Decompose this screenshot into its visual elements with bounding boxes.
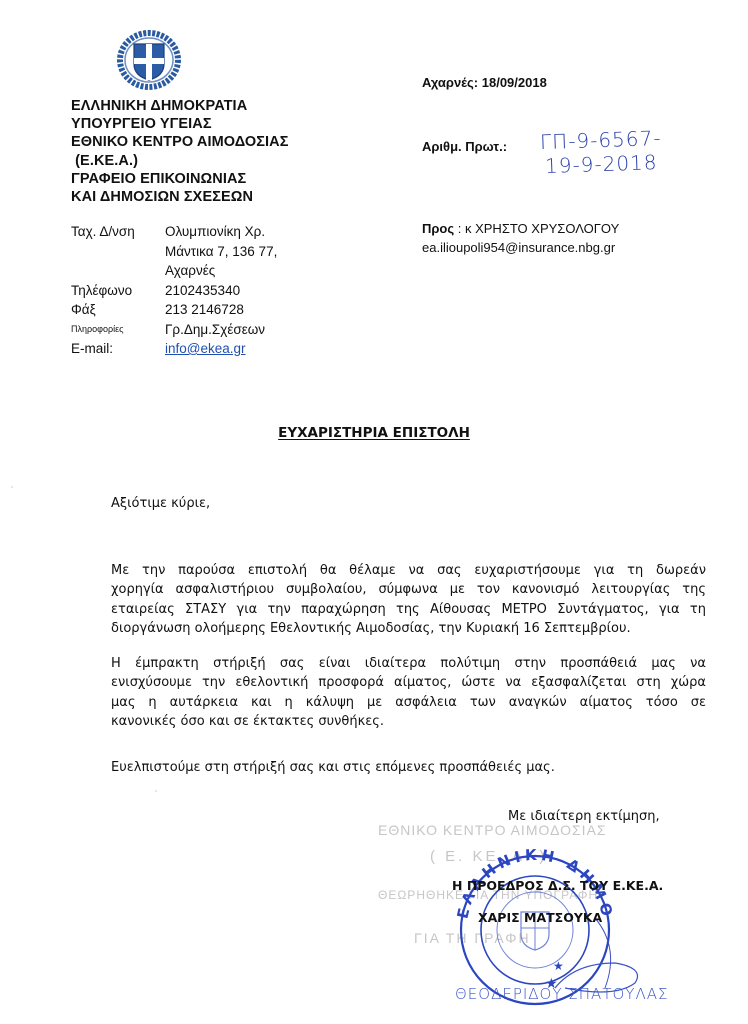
- scan-speck: [155, 790, 157, 792]
- text-line: χορηγία ασφαλιστήριου συμβολαίου, σύμφων…: [111, 580, 706, 599]
- text-line: Ευελπιστούμε στη στήριξή σας και στις επ…: [111, 758, 706, 777]
- svg-text:★: ★: [553, 959, 564, 973]
- recipient-block: Προς : κ ΧΡΗΣΤΟ ΧΡΥΣΟΛΟΓΟΥ ea.ilioupoli9…: [422, 219, 619, 257]
- text-line: εταιρείας ΣΤΑΣΥ για την παραχώρηση της Α…: [111, 600, 706, 619]
- email-label: E-mail:: [71, 339, 165, 359]
- salutation: Αξιότιμε κύριε,: [111, 496, 210, 511]
- paragraph-2: Η έμπρακτη στήριξή σας είναι ιδιαίτερα π…: [111, 654, 706, 732]
- org-line: (Ε.ΚΕ.Α.): [71, 152, 289, 170]
- recipient-label: Προς: [422, 221, 454, 236]
- fax-value: 213 2146728: [165, 300, 244, 320]
- text-line: μας η αυτάρκεια και η κάλυψη με ασφάλεια…: [111, 693, 706, 712]
- letter-subject: ΕΥΧΑΡΙΣΤΗΡΙΑ ΕΠΙΣΤΟΛΗ: [0, 425, 748, 441]
- date-line: Αχαρνές: 18/09/2018: [422, 75, 547, 90]
- closing: Με ιδιαίτερη εκτίμηση,: [508, 809, 660, 824]
- address-line: Αχαρνές: [165, 261, 215, 281]
- text-line: Με την παρούσα επιστολή θα θέλαμε να σας…: [111, 561, 706, 580]
- email-link[interactable]: info@ekea.gr: [165, 341, 246, 356]
- text-line: κανονικές όσο και σε έκτακτες συνθήκες.: [111, 712, 706, 731]
- faded-stamp-line: ΕΘΝΙΚΟ ΚΕΝΤΡΟ ΑΙΜΟΔΟΣΙΑΣ: [378, 822, 607, 838]
- org-line: ΕΛΛΗΝΙΚΗ ΔΗΜΟΚΡΑΤΙΑ: [71, 97, 289, 115]
- info-label: Πληροφορίες: [71, 320, 165, 340]
- fax-label: Φάξ: [71, 300, 165, 320]
- organization-header: ΕΛΛΗΝΙΚΗ ΔΗΜΟΚΡΑΤΙΑ ΥΠΟΥΡΓΕΙΟ ΥΓΕΙΑΣ ΕΘΝ…: [71, 97, 289, 206]
- phone-label: Τηλέφωνο: [71, 281, 165, 301]
- phone-value: 2102435340: [165, 281, 240, 301]
- address-line: Μάντικα 7, 136 77,: [165, 242, 277, 262]
- signatory-title: Η ΠΡΟΕΔΡΟΣ Δ.Σ. ΤΟΥ Ε.ΚΕ.Α.: [452, 878, 663, 893]
- letter-page: ΕΛΛΗΝΙΚΗ ΔΗΜΟΚΡΑΤΙΑ ΥΠΟΥΡΓΕΙΟ ΥΓΕΙΑΣ ΕΘΝ…: [0, 0, 748, 1024]
- subject-text: ΕΥΧΑΡΙΣΤΗΡΙΑ ΕΠΙΣΤΟΛΗ: [278, 425, 470, 441]
- signatory-name: ΧΑΡΙΣ ΜΑΤΣΟΥΚΑ: [478, 910, 602, 925]
- greek-coat-of-arms-icon: [117, 30, 181, 90]
- paragraph-1: Με την παρούσα επιστολή θα θέλαμε να σας…: [111, 561, 706, 639]
- org-line: ΓΡΑΦΕΙΟ ΕΠΙΚΟΙΝΩΝΙΑΣ: [71, 170, 289, 188]
- recipient-email: ea.ilioupoli954@insurance.nbg.gr: [422, 238, 619, 257]
- protocol-label: Αριθμ. Πρωτ.:: [422, 139, 507, 154]
- handwritten-signature: ΘΕΟΔΕΡΙΔΟΥ ΣΠΑΤΟΥΛΑΣ: [455, 985, 668, 1003]
- recipient-name: : κ ΧΡΗΣΤΟ ΧΡΥΣΟΛΟΓΟΥ: [454, 221, 619, 236]
- org-line: ΚΑΙ ΔΗΜΟΣΙΩΝ ΣΧΕΣΕΩΝ: [71, 188, 289, 206]
- org-line: ΕΘΝΙΚΟ ΚΕΝΤΡΟ ΑΙΜΟΔΟΣΙΑΣ: [71, 133, 289, 151]
- info-value: Γρ.Δημ.Σχέσεων: [165, 320, 265, 340]
- address-line: Ολυμπιονίκη Χρ.: [165, 222, 265, 242]
- protocol-date-handwritten: 19-9-2018: [545, 150, 658, 178]
- text-line: ενισχύσουμε την εθελοντική προσφορά αίμα…: [111, 673, 706, 692]
- contact-block: Ταχ. Δ/νση Ολυμπιονίκη Χρ. Μάντικα 7, 13…: [71, 222, 277, 359]
- text-line: διοργάνωση ολοήμερης Εθελοντικής Αιμοδοσ…: [111, 619, 706, 638]
- scan-speck: [11, 486, 13, 488]
- address-label: Ταχ. Δ/νση: [71, 222, 165, 242]
- text-line: Η έμπρακτη στήριξή σας είναι ιδιαίτερα π…: [111, 654, 706, 673]
- org-line: ΥΠΟΥΡΓΕΙΟ ΥΓΕΙΑΣ: [71, 115, 289, 133]
- paragraph-3: Ευελπιστούμε στη στήριξή σας και στις επ…: [111, 758, 706, 777]
